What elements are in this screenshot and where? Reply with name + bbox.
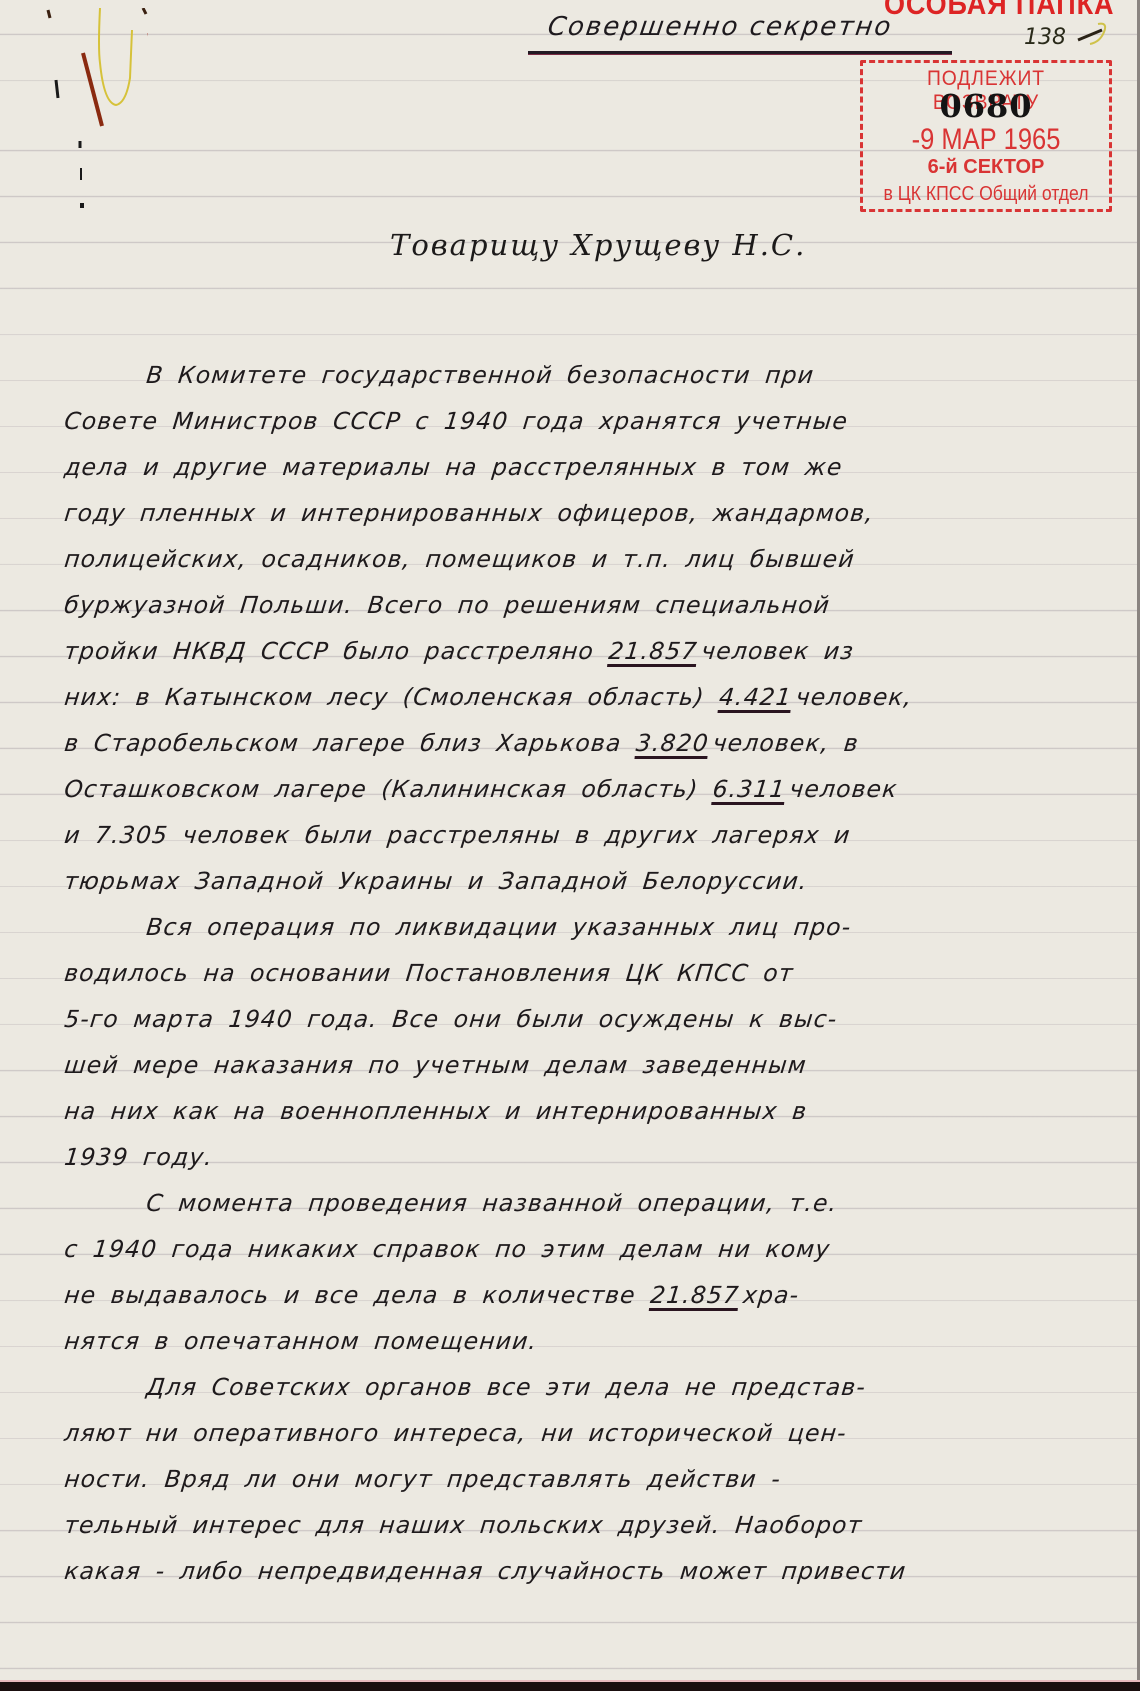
body-line: в Старобельском лагере близ Харькова 3.8… — [62, 720, 1117, 766]
page-number: 138 — [1024, 25, 1066, 50]
body-line: году пленных и интернированных офицеров,… — [62, 490, 1117, 536]
stamp-department: в ЦК КПСС Общий отдел — [878, 183, 1094, 206]
underlined-count: 21.857 — [649, 1281, 741, 1309]
underlined-count: 6.311 — [711, 775, 787, 803]
underlined-count: 4.421 — [718, 683, 794, 711]
body-line: 5-го марта 1940 года. Все они были осужд… — [62, 996, 1117, 1042]
body-line-text: Осташковском лагере (Калининская область… — [63, 775, 714, 803]
body-line-text: человек, — [790, 683, 913, 711]
body-line: В Комитете государственной безопасности … — [62, 352, 1117, 398]
body-line: буржуазной Польши. Всего по решениям спе… — [62, 582, 1117, 628]
body-line-text: человек — [784, 775, 899, 803]
stamp-sector: 6-й СЕКТОР — [863, 156, 1109, 179]
body-line-text: человек из — [696, 637, 855, 665]
body-line: не выдавалось и все дела в количестве 21… — [62, 1272, 1117, 1318]
body-line: водилось на основании Постановления ЦК К… — [62, 950, 1117, 996]
body-line: С момента проведения названной операции,… — [62, 1180, 1117, 1226]
classification-underline — [528, 51, 952, 55]
body-line-text: человек, в — [707, 729, 860, 757]
body-line: и 7.305 человек были расстреляны в други… — [62, 812, 1117, 858]
body-line: шей мере наказания по учетным делам заве… — [62, 1042, 1117, 1088]
body-line: ляют ни оперативного интереса, ни истори… — [62, 1410, 1117, 1456]
addressee: Товарищу Хрущеву Н.С. — [390, 228, 806, 262]
body-line-text: в Старобельском лагере близ Харькова — [63, 729, 638, 757]
body-line: дела и другие материалы на расстрелянных… — [62, 444, 1117, 490]
margin-annotation-mark — [38, 8, 148, 208]
page-bottom-edge — [0, 1680, 1140, 1691]
body-line: Осташковском лагере (Калининская область… — [62, 766, 1117, 812]
body-line: тельный интерес для наших польских друзе… — [62, 1502, 1117, 1548]
letter-body: В Комитете государственной безопасности … — [62, 352, 1112, 1594]
body-line: них: в Катынском лесу (Смоленская област… — [62, 674, 1117, 720]
body-line: какая - либо непредвиденная случайность … — [62, 1548, 1117, 1594]
body-line: нятся в опечатанном помещении. — [62, 1318, 1117, 1364]
body-line-text: хра- — [738, 1281, 801, 1309]
body-line-text: тройки НКВД СССР было расстреляно — [63, 637, 610, 665]
body-line: полицейских, осадников, помещиков и т.п.… — [62, 536, 1117, 582]
body-line: с 1940 года никаких справок по этим дела… — [62, 1226, 1117, 1272]
body-line: Совете Министров СССР с 1940 года хранят… — [62, 398, 1117, 444]
body-line: 1939 году. — [62, 1134, 1117, 1180]
classification-label: Совершенно секретно — [546, 12, 895, 42]
stamp-number: 0680 — [863, 87, 1109, 125]
body-line: на них как на военнопленных и интерниров… — [62, 1088, 1117, 1134]
body-line-text: них: в Катынском лесу (Смоленская област… — [63, 683, 721, 711]
body-line: Вся операция по ликвидации указанных лиц… — [62, 904, 1117, 950]
underlined-count: 21.857 — [607, 637, 699, 665]
body-line: ности. Вряд ли они могут представлять де… — [62, 1456, 1117, 1502]
document-page: ОСОБАЯ ПАПКА Совершенно секретно 138 ПОД… — [0, 0, 1140, 1680]
special-folder-stamp: ОСОБАЯ ПАПКА — [884, 0, 1114, 22]
stamp-date: -9 МАР 1965 — [881, 123, 1090, 157]
underlined-count: 3.820 — [635, 729, 711, 757]
handwritten-check-mark — [1076, 20, 1108, 50]
body-line: Для Советских органов все эти дела не пр… — [62, 1364, 1117, 1410]
body-line-text: не выдавалось и все дела в количестве — [63, 1281, 652, 1309]
body-line: тюрьмах Западной Украины и Западной Бело… — [62, 858, 1117, 904]
body-line: тройки НКВД СССР было расстреляно 21.857… — [62, 628, 1117, 674]
return-stamp: ПОДЛЕЖИТ ВОЗВРАТУ 0680 -9 МАР 1965 6-й С… — [860, 60, 1112, 212]
